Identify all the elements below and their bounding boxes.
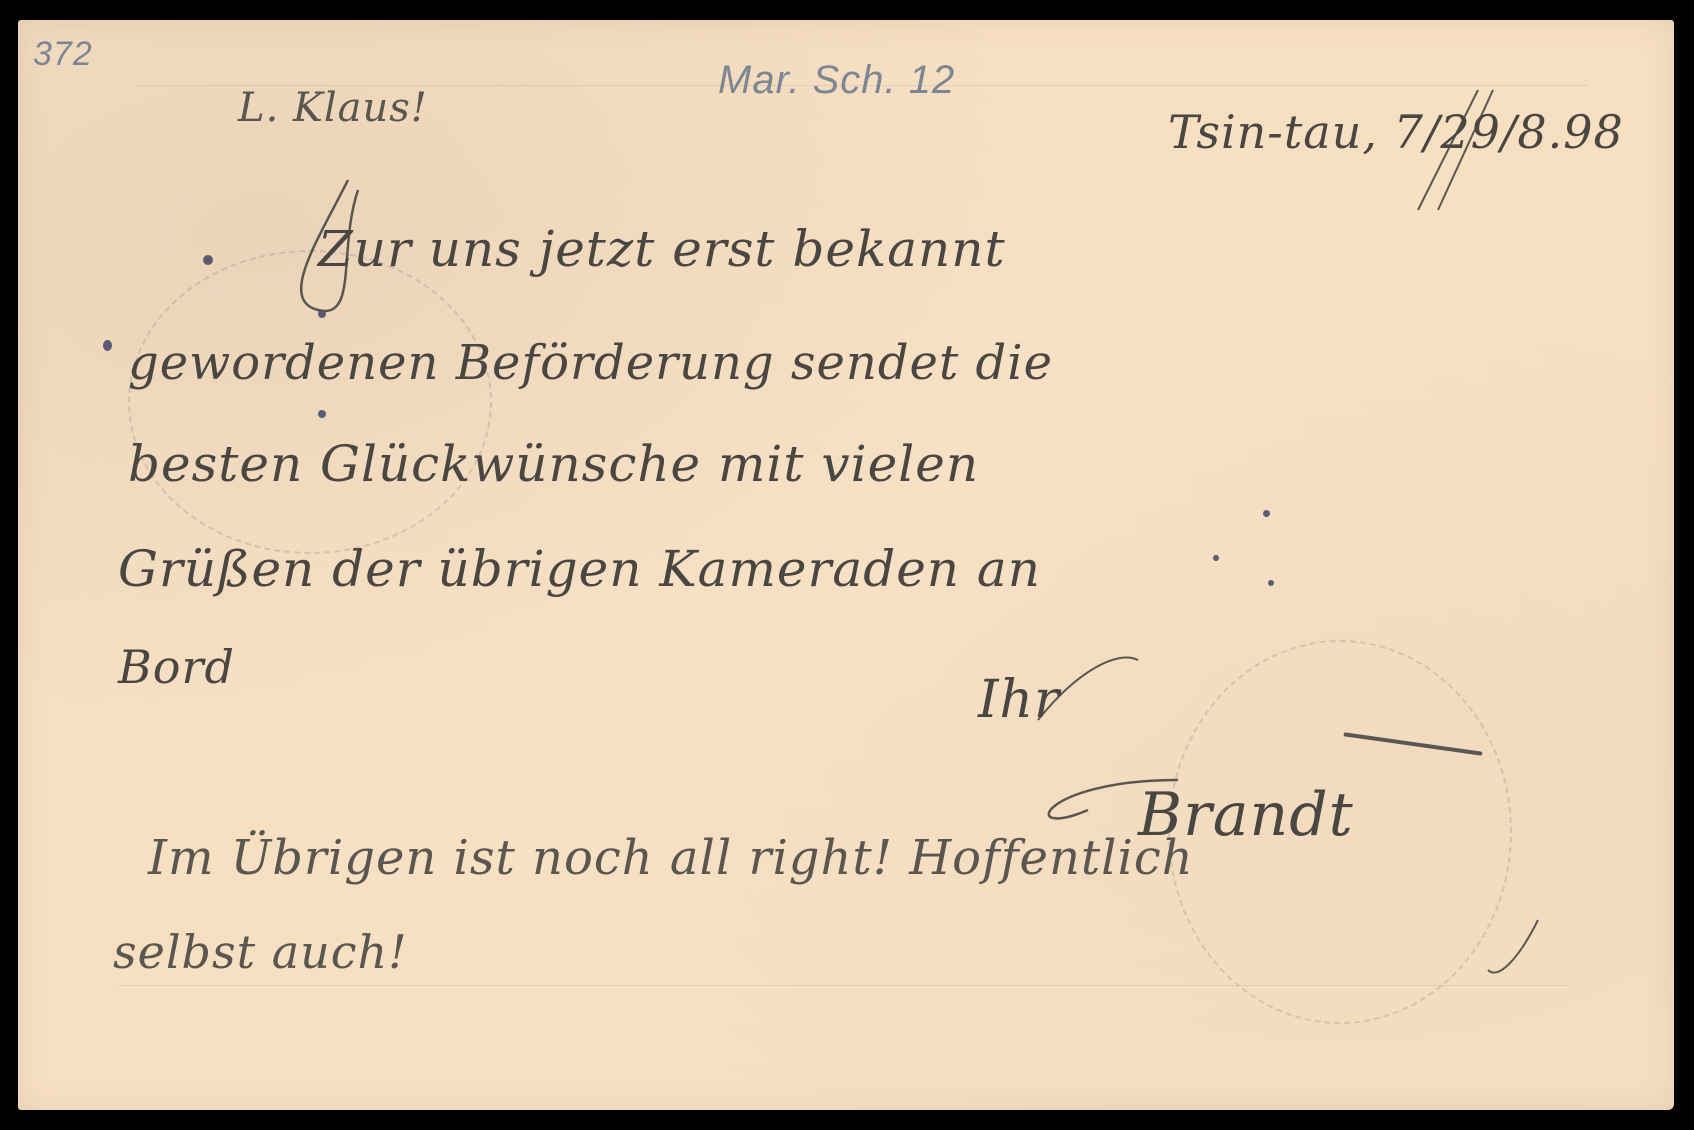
closing: Ihr [978,670,1060,730]
ink-blot [318,310,326,318]
postscript-line-2: selbst auch! [113,925,408,979]
ink-blot [1268,580,1274,586]
ink-blot [1263,510,1270,517]
ink-blot [318,410,326,418]
ink-blot [1213,555,1219,561]
body-line-4: Grüßen der übrigen Kameraden an [118,540,1041,598]
postcard: 372 Mar. Sch. 12 L. Klaus! Tsin-tau, 7/2… [18,20,1674,1110]
place-date: Tsin-tau, 7/29/8.98 [1168,105,1624,159]
body-line-5: Bord [118,640,235,694]
ink-blot [103,340,112,351]
body-line-2: gewordenen Beförderung sendet die [128,335,1053,391]
ink-blot [203,255,213,265]
postmark-left [128,250,492,554]
archive-reference: Mar. Sch. 12 [718,58,955,103]
body-line-1: Zur uns jetzt erst bekannt [318,220,1006,278]
body-line-3: besten Glückwünsche mit vielen [128,435,979,493]
salutation: L. Klaus! [238,85,428,131]
archive-number: 372 [33,35,93,74]
postscript-line-1: Im Übrigen ist noch all right! Hoffentli… [148,830,1194,886]
